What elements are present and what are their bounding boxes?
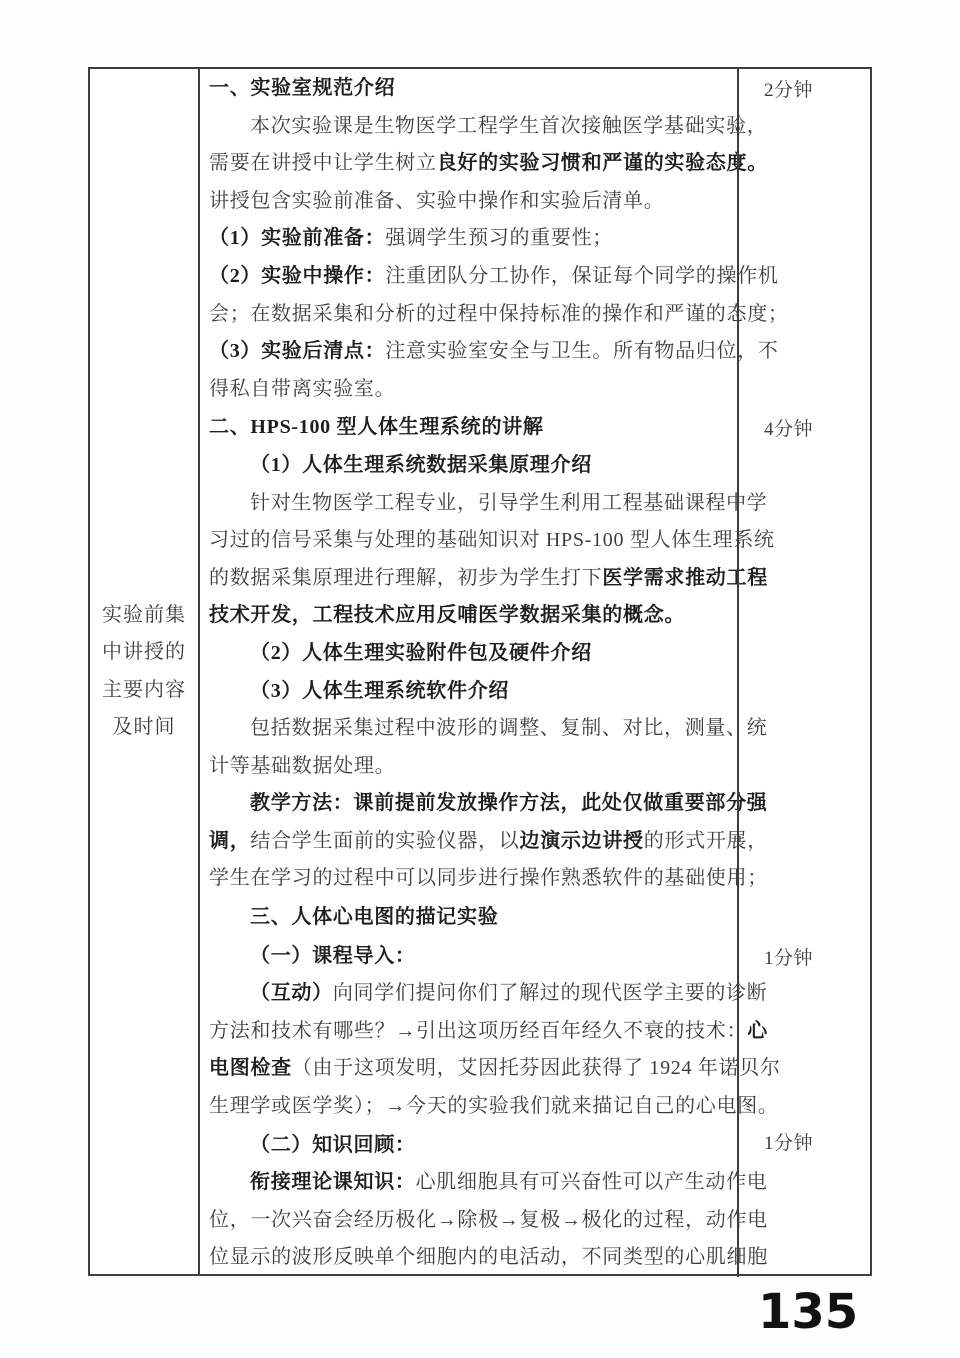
text-line: 会；在数据采集和分析的过程中保持标准的操作和严谨的态度； — [209, 296, 729, 334]
bold-text-segment: （二）知识回顾： — [250, 1134, 416, 1156]
bold-text-segment: （2）人体生理实验附件包及硬件介绍 — [250, 642, 592, 664]
text-line: 调，结合学生面前的实验仪器，以边演示边讲授的形式开展， — [209, 823, 729, 861]
text-line: （3）实验后清点：注意实验室安全与卫生。所有物品归位，不 — [209, 333, 729, 371]
text-line: 位，一次兴奋会经历极化→除极→复极→极化的过程，动作电 — [209, 1202, 729, 1240]
bold-text-segment: （互动） — [250, 982, 333, 1004]
time-cell: 4分钟 — [737, 408, 870, 898]
text-segment: 的数据采集原理进行理解，初步为学生打下 — [209, 567, 602, 589]
row-label-line: 主要内容 — [102, 672, 186, 710]
text-line: 位显示的波形反映单个细胞内的电活动，不同类型的心肌细胞 — [209, 1239, 729, 1277]
text-segment: 计等基础数据处理。 — [209, 755, 395, 777]
text-line: 技术开发，工程技术应用反哺医学数据采集的概念。 — [209, 597, 729, 635]
bold-text-segment: 边演示边讲授 — [520, 830, 644, 852]
bold-text-segment: 教学方法：课前提前发放操作方法，此处仅做重要部分强 — [250, 792, 768, 814]
duration-label: 1分钟 — [764, 1133, 813, 1154]
bold-text-segment: （3）人体生理系统软件介绍 — [250, 680, 509, 702]
text-line: （二）知识回顾： — [209, 1127, 729, 1165]
text-line: 需要在讲授中让学生树立良好的实验习惯和严谨的实验态度。 — [209, 145, 729, 183]
text-line: 三、人体心电图的描记实验 — [209, 899, 729, 937]
section-content-cell: （二）知识回顾：衔接理论课知识：心肌细胞具有可兴奋性可以产生动作电位，一次兴奋会… — [200, 1126, 737, 1277]
section-row: 二、HPS-100 型人体生理系统的讲解（1）人体生理系统数据采集原理介绍针对生… — [200, 408, 870, 898]
text-line: 一、实验室规范介绍 — [209, 70, 729, 108]
text-line: 讲授包含实验前准备、实验中操作和实验后清单。 — [209, 183, 729, 221]
text-line: 生理学或医学奖）；→今天的实验我们就来描记自己的心电图。 — [209, 1088, 729, 1126]
bold-text-segment: 电图检查 — [209, 1057, 292, 1079]
text-segment: 会；在数据采集和分析的过程中保持标准的操作和严谨的态度； — [209, 303, 789, 325]
text-segment: 心肌细胞具有可兴奋性可以产生动作电 — [416, 1171, 768, 1193]
bold-text-segment: 技术开发，工程技术应用反哺医学数据采集的概念。 — [209, 604, 685, 626]
text-line: 针对生物医学工程专业，引导学生利用工程基础课程中学 — [209, 485, 729, 523]
section-content-cell: 一、实验室规范介绍本次实验课是生物医学工程学生首次接触医学基础实验，需要在讲授中… — [200, 69, 737, 408]
text-line: 包括数据采集过程中波形的调整、复制、对比，测量、统 — [209, 710, 729, 748]
section-row: 三、人体心电图的描记实验 — [200, 898, 870, 937]
text-segment: 注意实验室安全与卫生。所有物品归位，不 — [385, 340, 778, 362]
bold-text-segment: （一）课程导入： — [250, 945, 416, 967]
page-number: 135 — [758, 1284, 858, 1340]
document-page: 实验前集 中讲授的 主要内容 及时间 一、实验室规范介绍本次实验课是生物医学工程… — [0, 0, 960, 1358]
text-line: （3）人体生理系统软件介绍 — [209, 673, 729, 711]
text-segment: 讲授包含实验前准备、实验中操作和实验后清单。 — [209, 190, 664, 212]
text-segment: 学生在学习的过程中可以同步进行操作熟悉软件的基础使用； — [209, 867, 768, 889]
text-line: 二、HPS-100 型人体生理系统的讲解 — [209, 409, 729, 447]
section-row: （一）课程导入：（互动）向同学们提问你们了解过的现代医学主要的诊断方法和技术有哪… — [200, 937, 870, 1126]
text-segment: 位显示的波形反映单个细胞内的电活动，不同类型的心肌细胞 — [209, 1246, 768, 1268]
text-segment: 位，一次兴奋会经历极化→除极→复极→极化的过程，动作电 — [209, 1209, 768, 1231]
text-segment: 本次实验课是生物医学工程学生首次接触医学基础实验， — [250, 115, 768, 137]
text-line: （1）人体生理系统数据采集原理介绍 — [209, 447, 729, 485]
time-cell — [737, 898, 870, 937]
bold-text-segment: （2）实验中操作： — [209, 265, 385, 287]
duration-label: 2分钟 — [764, 80, 813, 101]
bold-text-segment: （1）实验前准备： — [209, 227, 385, 249]
text-segment: 注重团队分工协作，保证每个同学的操作机 — [385, 265, 778, 287]
duration-label: 4分钟 — [764, 419, 813, 440]
text-line: （一）课程导入： — [209, 938, 729, 976]
text-line: （2）实验中操作：注重团队分工协作，保证每个同学的操作机 — [209, 258, 729, 296]
bold-text-segment: 二、HPS-100 型人体生理系统的讲解 — [209, 416, 544, 438]
text-line: 的数据采集原理进行理解，初步为学生打下医学需求推动工程 — [209, 560, 729, 598]
text-line: （互动）向同学们提问你们了解过的现代医学主要的诊断 — [209, 975, 729, 1013]
bold-text-segment: （1）人体生理系统数据采集原理介绍 — [250, 454, 592, 476]
text-line: 衔接理论课知识：心肌细胞具有可兴奋性可以产生动作电 — [209, 1164, 729, 1202]
text-line: 本次实验课是生物医学工程学生首次接触医学基础实验， — [209, 108, 729, 146]
time-cell: 1分钟 — [737, 1126, 870, 1277]
text-segment: 向同学们提问你们了解过的现代医学主要的诊断 — [333, 982, 768, 1004]
text-line: （1）实验前准备：强调学生预习的重要性； — [209, 220, 729, 258]
bold-text-segment: 衔接理论课知识： — [250, 1171, 416, 1193]
section-content-cell: 三、人体心电图的描记实验 — [200, 898, 737, 937]
text-line: 习过的信号采集与处理的基础知识对 HPS-100 型人体生理系统 — [209, 522, 729, 560]
text-segment: 包括数据采集过程中波形的调整、复制、对比，测量、统 — [250, 717, 768, 739]
bold-text-segment: 良好的实验习惯和严谨的实验态度。 — [437, 152, 768, 174]
text-line: 学生在学习的过程中可以同步进行操作熟悉软件的基础使用； — [209, 860, 729, 898]
text-segment: 需要在讲授中让学生树立 — [209, 152, 437, 174]
text-line: 方法和技术有哪些？→引出这项历经百年经久不衰的技术：心 — [209, 1013, 729, 1051]
text-segment: 习过的信号采集与处理的基础知识对 HPS-100 型人体生理系统 — [209, 529, 775, 551]
row-label-line: 及时间 — [113, 709, 176, 747]
text-line: 计等基础数据处理。 — [209, 748, 729, 786]
bold-text-segment: 一、实验室规范介绍 — [209, 77, 395, 99]
text-segment: 生理学或医学奖）；→今天的实验我们就来描记自己的心电图。 — [209, 1095, 779, 1117]
row-label-line: 实验前集 — [102, 597, 186, 635]
time-cell: 2分钟 — [737, 69, 870, 408]
text-segment: 得私自带离实验室。 — [209, 378, 395, 400]
section-content-cell: （一）课程导入：（互动）向同学们提问你们了解过的现代医学主要的诊断方法和技术有哪… — [200, 937, 737, 1126]
row-label-line: 中讲授的 — [102, 634, 186, 672]
section-row: （二）知识回顾：衔接理论课知识：心肌细胞具有可兴奋性可以产生动作电位，一次兴奋会… — [200, 1126, 870, 1277]
lesson-plan-table: 实验前集 中讲授的 主要内容 及时间 一、实验室规范介绍本次实验课是生物医学工程… — [88, 67, 872, 1276]
text-line: 教学方法：课前提前发放操作方法，此处仅做重要部分强 — [209, 785, 729, 823]
time-cell: 1分钟 — [737, 937, 870, 1126]
bold-text-segment: （3）实验后清点： — [209, 340, 385, 362]
bold-text-segment: 三、人体心电图的描记实验 — [250, 906, 498, 928]
text-segment: 结合学生面前的实验仪器，以 — [250, 830, 519, 852]
sections-container: 一、实验室规范介绍本次实验课是生物医学工程学生首次接触医学基础实验，需要在讲授中… — [200, 69, 870, 1274]
section-row: 一、实验室规范介绍本次实验课是生物医学工程学生首次接触医学基础实验，需要在讲授中… — [200, 69, 870, 408]
text-line: 得私自带离实验室。 — [209, 371, 729, 409]
text-segment: 方法和技术有哪些？→引出这项历经百年经久不衰的技术： — [209, 1020, 747, 1042]
row-label-cell: 实验前集 中讲授的 主要内容 及时间 — [90, 69, 200, 1274]
text-line: 电图检查（由于这项发明，艾因托芬因此获得了 1924 年诺贝尔 — [209, 1050, 729, 1088]
duration-label: 1分钟 — [764, 948, 813, 969]
bold-text-segment: 调， — [209, 830, 250, 852]
section-content-cell: 二、HPS-100 型人体生理系统的讲解（1）人体生理系统数据采集原理介绍针对生… — [200, 408, 737, 898]
text-line: （2）人体生理实验附件包及硬件介绍 — [209, 635, 729, 673]
text-segment: 针对生物医学工程专业，引导学生利用工程基础课程中学 — [250, 492, 768, 514]
text-segment: 强调学生预习的重要性； — [385, 227, 613, 249]
text-segment: （由于这项发明，艾因托芬因此获得了 1924 年诺贝尔 — [292, 1057, 781, 1079]
